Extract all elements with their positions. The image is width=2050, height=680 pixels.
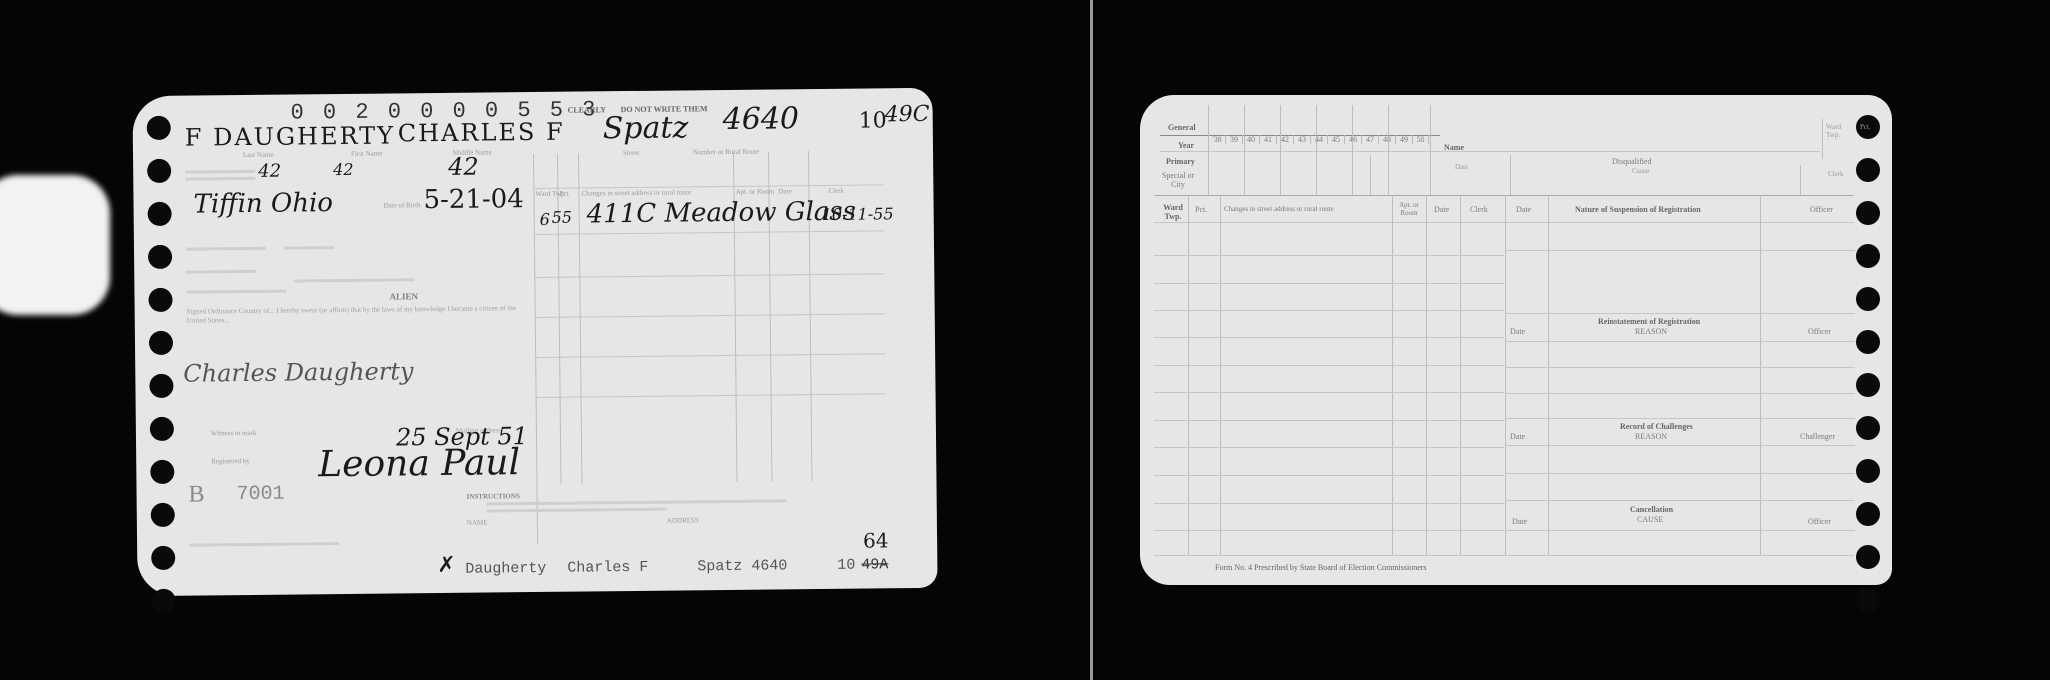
- typed-first-name: Charles F: [567, 559, 648, 577]
- change-pct: 55: [552, 208, 573, 227]
- table-line: [1154, 337, 1504, 338]
- footer-precinct: 64: [863, 528, 889, 552]
- table-line: [534, 230, 884, 235]
- punch-holes: [147, 116, 176, 613]
- years-in-county: 42: [333, 160, 354, 179]
- col-nature-of-suspension: Nature of Suspension of Registration: [1575, 205, 1701, 214]
- form-footer: Form No. 4 Prescribed by State Board of …: [1215, 563, 1427, 572]
- label-date-of-birth: Date of Birth: [384, 201, 421, 209]
- print-clearly-label: CLEARLY: [568, 105, 606, 114]
- table-line: [1460, 195, 1461, 555]
- table-line: [535, 313, 885, 318]
- table-line: [1505, 195, 1506, 555]
- row-label-year: Year: [1178, 141, 1194, 150]
- surname: F DAUGHERTY: [185, 121, 395, 151]
- label-clerk-top: Clerk: [1828, 170, 1844, 178]
- table-line: [1548, 195, 1549, 555]
- label-disqualified: Disqualified: [1612, 157, 1652, 166]
- punch-holes: [1856, 115, 1880, 612]
- label-name: NAME: [467, 519, 488, 527]
- grid-line: [1800, 165, 1801, 195]
- table-line: [1154, 195, 1854, 196]
- table-line: [1426, 195, 1427, 555]
- form-text: [186, 247, 266, 251]
- table-line: [1154, 392, 1504, 393]
- label-number: Number or Rural Route: [693, 148, 759, 157]
- street-name: Spatz: [603, 110, 689, 146]
- form-text: [185, 177, 255, 181]
- precinct-number: 49C: [885, 102, 930, 127]
- table-line: [1154, 283, 1504, 284]
- grid-line: [1280, 105, 1281, 195]
- table-line: [1505, 500, 1855, 501]
- label-changes: Changes in street address or rural route: [581, 188, 691, 197]
- street-number: 4640: [722, 101, 799, 137]
- label-pct: Pct.: [559, 190, 570, 198]
- light-glare: [0, 175, 110, 315]
- table-line: [1505, 418, 1855, 419]
- date-of-birth: 5-21-04: [423, 184, 524, 215]
- grid-line: [1822, 119, 1823, 159]
- table-line: [1154, 255, 1504, 256]
- label-apt: Apt. or Room: [735, 187, 774, 195]
- table-line: [1505, 313, 1855, 314]
- table-line: [1154, 222, 1854, 223]
- cancellation-officer: Officer: [1808, 517, 1831, 526]
- typed-surname: Daugherty: [465, 560, 546, 578]
- form-letter: B: [188, 481, 204, 508]
- reinstatement-reason: REASON: [1635, 327, 1667, 336]
- table-line: [1154, 503, 1504, 504]
- change-address: 411C Meadow Glass: [587, 197, 857, 230]
- label-street: Street: [623, 149, 639, 157]
- table-line: [1154, 447, 1504, 448]
- typed-street: Spatz 4640: [697, 557, 787, 575]
- label-date: Date: [778, 187, 791, 195]
- grid-line: [1430, 105, 1431, 195]
- table-line: [1188, 195, 1189, 555]
- frame-divider: [1090, 0, 1093, 680]
- table-line: [1505, 530, 1855, 531]
- form-text: [185, 170, 255, 174]
- table-line: [1154, 475, 1504, 476]
- grid-line: [1510, 155, 1511, 195]
- table-line: [1220, 195, 1221, 555]
- ward-number: 10: [859, 108, 887, 133]
- form-text: [487, 499, 787, 505]
- voter-registration-card-front: 0 0 2 0 0 0 0 5 5 3 CLEARLY DO NOT WRITE…: [132, 88, 937, 596]
- table-line: [536, 393, 886, 398]
- table-line: [1505, 393, 1855, 394]
- table-line: [1154, 365, 1504, 366]
- challenges-challenger: Challenger: [1800, 432, 1835, 441]
- label-ward-twp-top: Ward Twp.: [1826, 123, 1854, 139]
- table-line: [1154, 530, 1504, 531]
- col-pct: Pct.: [1195, 205, 1207, 214]
- grid-line: [1370, 155, 1371, 195]
- years-in-precinct: 42: [448, 153, 479, 181]
- label-pct-top: Pct.: [1860, 123, 1871, 131]
- grid-line: [1160, 151, 1820, 152]
- reinstatement-date: Date: [1510, 327, 1525, 336]
- label-address: ADDRESS: [667, 516, 699, 524]
- table-line: [1154, 555, 1854, 556]
- col-date-2: Date: [1516, 205, 1531, 214]
- x-mark: ✗: [437, 553, 456, 578]
- form-text: [487, 508, 667, 513]
- typed-ward: 10: [837, 557, 855, 574]
- table-line: [1154, 420, 1504, 421]
- challenges-heading: Record of Challenges: [1620, 422, 1693, 431]
- grid-line: [1352, 105, 1353, 195]
- table-line: [1505, 367, 1855, 368]
- cancellation-heading: Cancellation: [1630, 505, 1673, 514]
- col-date: Date: [1434, 205, 1449, 214]
- label-registered-by: Registered by: [211, 457, 250, 465]
- cancellation-cause: CAUSE: [1637, 515, 1663, 524]
- table-line: [535, 353, 885, 358]
- grid-line: [1388, 105, 1389, 195]
- table-line: [1505, 445, 1855, 446]
- col-apt: Apt. or Room: [1396, 201, 1422, 217]
- challenges-reason: REASON: [1635, 432, 1667, 441]
- form-text: [284, 246, 334, 250]
- label-cause: Cause: [1632, 167, 1649, 175]
- form-text: [186, 290, 286, 294]
- table-line: [578, 154, 582, 484]
- label-date: Date: [1455, 163, 1468, 171]
- alien-text: Signed Ordinance Country of... I hereby …: [187, 304, 522, 326]
- challenges-date: Date: [1510, 432, 1525, 441]
- table-line: [533, 154, 538, 544]
- typed-precinct: 49A: [861, 556, 888, 573]
- table-line: [557, 154, 561, 484]
- label-clerk: Clerk: [828, 187, 844, 195]
- table-line: [534, 273, 884, 278]
- cancellation-date: Date: [1512, 517, 1527, 526]
- label-witness: Witness to mark: [211, 429, 257, 437]
- change-ward: 6: [540, 210, 550, 229]
- form-text: [189, 542, 339, 547]
- table-line: [1505, 473, 1855, 474]
- grid-line: [1244, 105, 1245, 195]
- col-clerk: Clerk: [1470, 205, 1488, 214]
- alien-heading: ALIEN: [389, 291, 418, 301]
- label-last-name: Last Name: [243, 151, 274, 159]
- registrar-signature: Leona Paul: [318, 442, 520, 485]
- birthplace: Tiffin Ohio: [193, 188, 333, 219]
- change-date: 10-11-55: [822, 204, 894, 224]
- form-text: [294, 278, 414, 282]
- form-text: [186, 270, 256, 274]
- table-line: [1760, 195, 1761, 555]
- col-changes: Changes in street address or rural route: [1224, 205, 1334, 213]
- table-line: [1505, 341, 1855, 342]
- row-label-primary: Primary: [1166, 157, 1195, 166]
- row-label-general: General: [1168, 123, 1196, 132]
- row-label-special: Special or City: [1160, 171, 1196, 189]
- col-ward-twp: Ward Twp.: [1158, 203, 1188, 221]
- label-name: Name: [1444, 143, 1464, 152]
- label-first-name: First Name: [351, 150, 382, 158]
- grid-line: [1208, 105, 1209, 195]
- voter-registration-card-back: General Year Primary Special or City '38…: [1140, 95, 1892, 585]
- instructions-heading: INSTRUCTIONS: [467, 492, 520, 501]
- first-name: CHARLES F: [398, 118, 565, 148]
- year-cells: '38 39 40 41 42 43 44 45 46 47 48 49 50: [1208, 135, 1429, 144]
- reinstatement-officer: Officer: [1808, 327, 1831, 336]
- form-number: 7001: [236, 483, 284, 507]
- table-line: [1154, 310, 1504, 311]
- years-in-state: 42: [258, 161, 281, 182]
- table-line: [1505, 250, 1855, 251]
- col-officer: Officer: [1810, 205, 1833, 214]
- reinstatement-heading: Reinstatement of Registration: [1598, 317, 1700, 326]
- table-line: [1392, 195, 1393, 555]
- voter-signature: Charles Daugherty: [183, 357, 413, 387]
- grid-line: [1316, 105, 1317, 195]
